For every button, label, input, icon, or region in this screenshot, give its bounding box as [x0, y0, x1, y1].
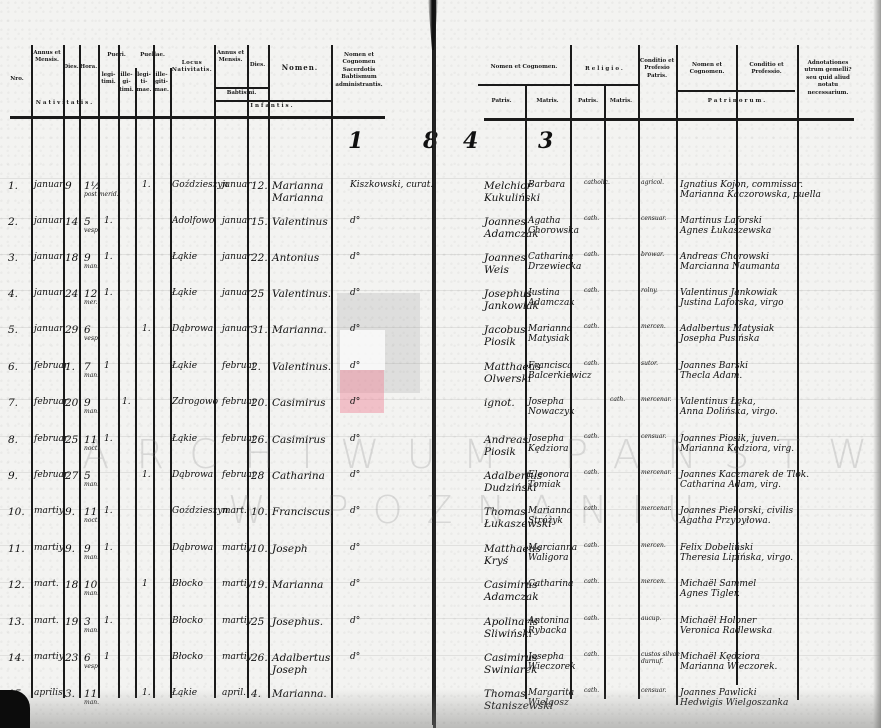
- cell-nro: 6.: [8, 361, 18, 373]
- cell-patrini: Joannes Barski Thecla Adam.: [680, 361, 748, 382]
- cell-locus: Adolfowo: [172, 216, 214, 226]
- cell-hora-note: man.: [84, 591, 99, 598]
- cell-mensis: januar: [34, 180, 63, 190]
- cell-bapt-dies: 26.: [251, 652, 268, 664]
- cell-dies: 9.: [65, 543, 75, 555]
- cell-bapt-dies: 26.: [251, 434, 268, 446]
- cell-nomen: Valentinus: [272, 216, 328, 228]
- header-bapt-annus: Annus et Mensis.: [214, 50, 247, 65]
- cell-hora-note: man.: [84, 373, 99, 380]
- cell-conditio: mercen.: [641, 579, 666, 586]
- cell-sacerdos: d°: [350, 652, 360, 662]
- cell-locus: Dąbrowa: [172, 543, 213, 553]
- header-nro: Nro.: [3, 76, 31, 83]
- header-bapt-dies: Dies.: [247, 62, 268, 69]
- cell-hora-note: post merid.: [84, 192, 119, 199]
- cell-mater: Marianna Matysiak: [528, 324, 572, 345]
- cell-locus: Błocko: [172, 616, 203, 626]
- cell-patrini: Michaël Holoner Veronica Radlewska: [680, 616, 772, 637]
- header-hora: Hora.: [79, 64, 98, 71]
- cell-hora-note: vesp.: [84, 664, 100, 671]
- cell-mensis: januar: [34, 216, 63, 226]
- cell-nro: 4.: [8, 288, 18, 300]
- cell-conditio: custos silvae durnuf.: [641, 652, 680, 666]
- cell-bapt-dies: 20.: [251, 397, 268, 409]
- cell-locus: Goździeszyn: [172, 506, 228, 516]
- cell-puellae-leg: 1.: [142, 470, 151, 480]
- cell-mensis: februar: [34, 397, 68, 407]
- cell-bapt-dies: 25: [251, 616, 264, 628]
- cell-sacerdos: d°: [350, 361, 360, 371]
- cell-patrini: Valentinus Jankowiak Justina Laforska, v…: [680, 288, 784, 309]
- cell-nro: 3.: [8, 252, 18, 264]
- cell-mensis: februar: [34, 470, 68, 480]
- cell-puellae-leg: 1: [142, 579, 148, 589]
- cell-hora-note: man.: [84, 628, 99, 635]
- cell-conditio: rolny.: [641, 288, 658, 295]
- cell-pater: Jacobus Piosik: [484, 324, 526, 348]
- cell-dies: 24.: [65, 288, 82, 300]
- header-dies: Dies.: [63, 64, 79, 71]
- cell-rel-pater: cath.: [584, 324, 599, 331]
- cell-patrini: Martinus Laforski Agnes Łukaszewska: [680, 216, 771, 237]
- cell-patrini: Ignatius Kojon, commissar. Marianna Kacz…: [680, 180, 821, 201]
- cell-patrini: Michaël Sammel Agnes Tigler.: [680, 579, 756, 600]
- cell-pater: Joannes Weis: [484, 252, 526, 276]
- cell-hora-note: mer.: [84, 300, 97, 307]
- cell-bapt-dies: 28: [251, 470, 264, 482]
- cell-bapt-dies: 10.: [251, 543, 268, 555]
- cell-dies: 18.: [65, 252, 82, 264]
- header-pueri: Pueri.: [98, 52, 135, 59]
- cell-rel-pater: cath.: [584, 616, 599, 623]
- book-spine: [433, 0, 436, 728]
- cell-mensis: martiy: [34, 652, 64, 662]
- cell-rel-pater: catholic.: [584, 180, 610, 187]
- cell-bapt-mensis: januar: [222, 180, 251, 190]
- cell-nomen: Adalbertus Joseph: [272, 652, 330, 676]
- cell-bapt-dies: 15.: [251, 216, 268, 228]
- cell-locus: Błocko: [172, 652, 203, 662]
- cell-puellae-leg: 1.: [142, 180, 151, 190]
- header-pueri-legitimi: legi- timi.: [99, 72, 118, 87]
- header-locus: Locus Nativitatis.: [170, 60, 214, 75]
- cell-dies: 27.: [65, 470, 82, 482]
- cell-sacerdos: d°: [350, 216, 360, 226]
- cell-mater: Josepha Nowaczyk: [528, 397, 575, 418]
- header-patrini-conditio: Conditio et Professio.: [736, 62, 797, 77]
- cell-pueri-leg: 1.: [104, 616, 113, 626]
- cell-rel-pater: cath.: [584, 543, 599, 550]
- cell-hora-note: noct.: [84, 446, 99, 453]
- cell-mensis: mart.: [34, 579, 59, 589]
- cell-pater: ignot.: [484, 397, 515, 409]
- cell-pueri-leg: 1.: [104, 252, 113, 262]
- cell-dies: 1.: [65, 361, 75, 373]
- cell-mensis: januar: [34, 252, 63, 262]
- cell-locus: Łąkie: [172, 434, 197, 444]
- header-patrinorum: Patrinorum.: [678, 98, 797, 105]
- cell-nro: 14.: [8, 652, 25, 664]
- cell-pater: Andreas Piosik: [484, 434, 528, 458]
- cell-bapt-dies: 19.: [251, 579, 268, 591]
- cell-bapt-dies: 25: [251, 288, 264, 300]
- header-patris: Patris.: [478, 98, 525, 105]
- cell-nomen: Valentinus.: [272, 288, 331, 300]
- cell-conditio: censuar.: [641, 216, 666, 223]
- cell-conditio: mercen.: [641, 543, 666, 550]
- cell-nro: 9.: [8, 470, 18, 482]
- header-nomen-cognomen-parents: Nomen et Cognomen.: [478, 64, 570, 71]
- year-left: 1 8: [348, 128, 464, 154]
- cell-nomen: Josephus.: [272, 616, 323, 628]
- header-sacerdos: Nomen et Cognomen Sacerdotis Babtismum a…: [333, 52, 385, 89]
- cell-bapt-mensis: martiy: [222, 652, 252, 662]
- cell-mater: Barbara: [528, 180, 565, 190]
- cell-patrini: Joannes Piekorski, civilis Agatha Przyby…: [680, 506, 793, 527]
- cell-patrini: Andreas Chorowski Marcianna Naumanta: [680, 252, 780, 273]
- header-puellae-legitimae: legi- ti- mae.: [135, 72, 153, 94]
- cell-rel-pater: cath.: [584, 470, 599, 477]
- cell-mater: Francisca Balcerkiewicz: [528, 361, 592, 382]
- cell-locus: Zdrogowo: [172, 397, 218, 407]
- cell-patrini: Valentinus Łęka, Anna Dolińska, virgo.: [680, 397, 778, 418]
- cell-dies: 9: [65, 180, 72, 192]
- cell-bapt-mensis: martiy: [222, 579, 252, 589]
- cell-hora-note: vesp.: [84, 228, 100, 235]
- cell-nomen: Marianna Marianna: [272, 180, 323, 204]
- cell-mater: Antonina Rybacka: [528, 616, 569, 637]
- cell-patrini: Felix Dobeliński Theresia Lipińska, virg…: [680, 543, 793, 564]
- cell-bapt-mensis: mart.: [222, 506, 247, 516]
- cell-bapt-dies: 10.: [251, 506, 268, 518]
- cell-sacerdos: d°: [350, 397, 360, 407]
- cell-nomen: Joseph: [272, 543, 308, 555]
- cell-mensis: januar: [34, 324, 63, 334]
- cell-sacerdos: d°: [350, 543, 360, 553]
- cell-conditio: aucup.: [641, 616, 661, 623]
- cell-mater: Agatha Chorowska: [528, 216, 579, 237]
- header-religio-patris: Patris.: [572, 98, 604, 105]
- cell-patrini: Adalbertus Matysiak Josepha Pusińska: [680, 324, 774, 345]
- cell-dies: 25.: [65, 434, 82, 446]
- cell-bapt-mensis: martiy: [222, 616, 252, 626]
- cell-patrini: Joannes Piosik, juven. Marianna Kędziora…: [680, 434, 794, 455]
- header-adnotationes: Adnotationes utrum gemelli? seu quid ali…: [799, 60, 857, 97]
- header-puellae: Puellae.: [135, 52, 170, 59]
- cell-mensis: mart.: [34, 616, 59, 626]
- cell-pueri-leg: 1.: [104, 216, 113, 226]
- archive-logo-white: [340, 330, 385, 370]
- cell-sacerdos: d°: [350, 324, 360, 334]
- cell-conditio: mercenar.: [641, 506, 672, 513]
- header-nomen: Nomen.: [270, 63, 330, 72]
- cell-locus: Dąbrowa: [172, 470, 213, 480]
- cell-dies: 14: [65, 216, 78, 228]
- cell-nomen: Marianna.: [272, 324, 327, 336]
- cell-pueri-leg: 1.: [104, 434, 113, 444]
- year-right: 4 3: [463, 128, 579, 154]
- header-pueri-illegitimi: ille- gi- timi.: [118, 72, 135, 94]
- cell-dies: 9.: [65, 506, 75, 518]
- cell-pueri-leg: 1.: [104, 506, 113, 516]
- cell-hora-note: vesp.: [84, 336, 100, 343]
- cell-hora-note: man.: [84, 409, 99, 416]
- header-religio-matris: Matris.: [604, 98, 638, 105]
- cell-nomen: Casimirus: [272, 397, 326, 409]
- cell-conditio: agricol.: [641, 180, 664, 187]
- cell-nro: 12.: [8, 579, 25, 591]
- cell-mater: Catharina Drzewiecka: [528, 252, 581, 273]
- cell-bapt-mensis: martiy: [222, 543, 252, 553]
- cell-bapt-mensis: januar: [222, 252, 251, 262]
- cell-mater: Marianna Stróżyk: [528, 506, 572, 527]
- cell-mater: Josepha Kędziora: [528, 434, 569, 455]
- cell-sacerdos: d°: [350, 616, 360, 626]
- cell-nro: 11.: [8, 543, 25, 555]
- cell-nro: 7.: [8, 397, 18, 409]
- cell-bapt-mensis: januar: [222, 324, 251, 334]
- cell-mater: Josepha Wieczorek: [528, 652, 576, 673]
- cell-nomen: Franciscus.: [272, 506, 333, 518]
- cell-sacerdos: d°: [350, 434, 360, 444]
- cell-nro: 13.: [8, 616, 25, 628]
- cell-sacerdos: d°: [350, 506, 360, 516]
- cell-locus: Łąkie: [172, 252, 197, 262]
- cell-mater: Justina Adamczak: [528, 288, 575, 309]
- cell-bapt-dies: 22.: [251, 252, 268, 264]
- cell-dies: 19.: [65, 616, 82, 628]
- scanner-thumb: [0, 690, 30, 728]
- cell-mensis: februar: [34, 434, 68, 444]
- header-matris: Matris.: [525, 98, 570, 105]
- cell-hora-note: man.: [84, 264, 99, 271]
- cell-dies: 18.: [65, 579, 82, 591]
- cell-rel-pater: cath.: [584, 361, 599, 368]
- cell-nro: 8.: [8, 434, 18, 446]
- cell-nomen: Catharina: [272, 470, 325, 482]
- cell-nro: 5.: [8, 324, 18, 336]
- cell-nomen: Marianna: [272, 579, 323, 591]
- cell-rel-pater: cath.: [584, 252, 599, 259]
- cell-bapt-dies: 2.: [251, 361, 261, 373]
- header-puellae-illegitimae: ille- giti- mae.: [153, 72, 170, 94]
- cell-nomen: Valentinus.: [272, 361, 331, 373]
- cell-bapt-dies: 31.: [251, 324, 268, 336]
- cell-nomen: Antonius: [272, 252, 319, 264]
- cell-rel-pater: cath.: [584, 288, 599, 295]
- cell-sacerdos: d°: [350, 252, 360, 262]
- cell-hora-note: man.: [84, 482, 99, 489]
- cell-bapt-mensis: januar: [222, 216, 251, 226]
- header-babtismi: Babtismi.: [214, 90, 269, 97]
- cell-locus: Łąkie: [172, 288, 197, 298]
- header-religio: Religio.: [572, 66, 638, 73]
- cell-conditio: sutor.: [641, 361, 658, 368]
- cell-mensis: januar: [34, 288, 63, 298]
- cell-locus: Łąkie: [172, 361, 197, 371]
- cell-nro: 1.: [8, 180, 18, 192]
- cell-sacerdos: d°: [350, 288, 360, 298]
- cell-sacerdos: Kiszkowski, curat.: [350, 180, 433, 190]
- cell-rel-pater: cath.: [584, 216, 599, 223]
- cell-pueri-leg: 1.: [104, 543, 113, 553]
- cell-bapt-mensis: januar: [222, 288, 251, 298]
- cell-mensis: martiy: [34, 506, 64, 516]
- cell-mensis: martiy: [34, 543, 64, 553]
- cell-rel-pater: cath.: [584, 506, 599, 513]
- cell-locus: Goździeszyn: [172, 180, 228, 190]
- cell-locus: Błocko: [172, 579, 203, 589]
- cell-dies: 20.: [65, 397, 82, 409]
- cell-pueri-ill: 1.: [122, 397, 131, 407]
- cell-conditio: censuar.: [641, 434, 666, 441]
- cell-nomen: Casimirus: [272, 434, 326, 446]
- cell-conditio: mercen.: [641, 324, 666, 331]
- header-patrini-nomen: Nomen et Cognomen.: [678, 62, 736, 77]
- cell-sacerdos: d°: [350, 470, 360, 480]
- cell-nro: 10.: [8, 506, 25, 518]
- cell-dies: 23.: [65, 652, 82, 664]
- cell-conditio: mercenar.: [641, 397, 672, 404]
- cell-nro: 2.: [8, 216, 18, 228]
- cell-rel-mater: cath.: [610, 397, 625, 404]
- cell-mensis: februar: [34, 361, 68, 371]
- cell-bapt-dies: 12.: [251, 180, 268, 192]
- cell-locus: Dąbrowa: [172, 324, 213, 334]
- archive-logo-red: [340, 370, 384, 413]
- cell-mater: Marcianna Waligora: [528, 543, 577, 564]
- cell-conditio: browar.: [641, 252, 664, 259]
- cell-hora-note: man.: [84, 555, 99, 562]
- cell-patrini: Joannes Kaczmarek de Tlok. Catharina Ada…: [680, 470, 809, 491]
- cell-mater: Eleonora Tomiak: [528, 470, 569, 491]
- header-infantis: Infantis.: [214, 103, 331, 110]
- header-annus-mensis: Annus et Mensis.: [32, 50, 62, 65]
- cell-puellae-leg: 1.: [142, 324, 151, 334]
- cell-rel-pater: cath.: [584, 579, 599, 586]
- cell-hora-note: noct.: [84, 518, 99, 525]
- cell-patrini: Michaël Kędziora Marianna Wieczorek.: [680, 652, 777, 673]
- cell-mater: Catharina: [528, 579, 573, 589]
- cell-dies: 29.: [65, 324, 82, 336]
- cell-pueri-leg: 1: [104, 652, 110, 662]
- cell-rel-pater: cath.: [584, 434, 599, 441]
- cell-pueri-leg: 1.: [104, 288, 113, 298]
- cell-sacerdos: d°: [350, 579, 360, 589]
- cell-rel-pater: cath.: [584, 652, 599, 659]
- cell-pueri-leg: 1: [104, 361, 110, 371]
- cell-conditio: mercenar.: [641, 470, 672, 477]
- header-conditio-patris: Conditio et Profesio Patris.: [638, 58, 676, 80]
- header-nativitatis: Nativitatis.: [32, 100, 98, 107]
